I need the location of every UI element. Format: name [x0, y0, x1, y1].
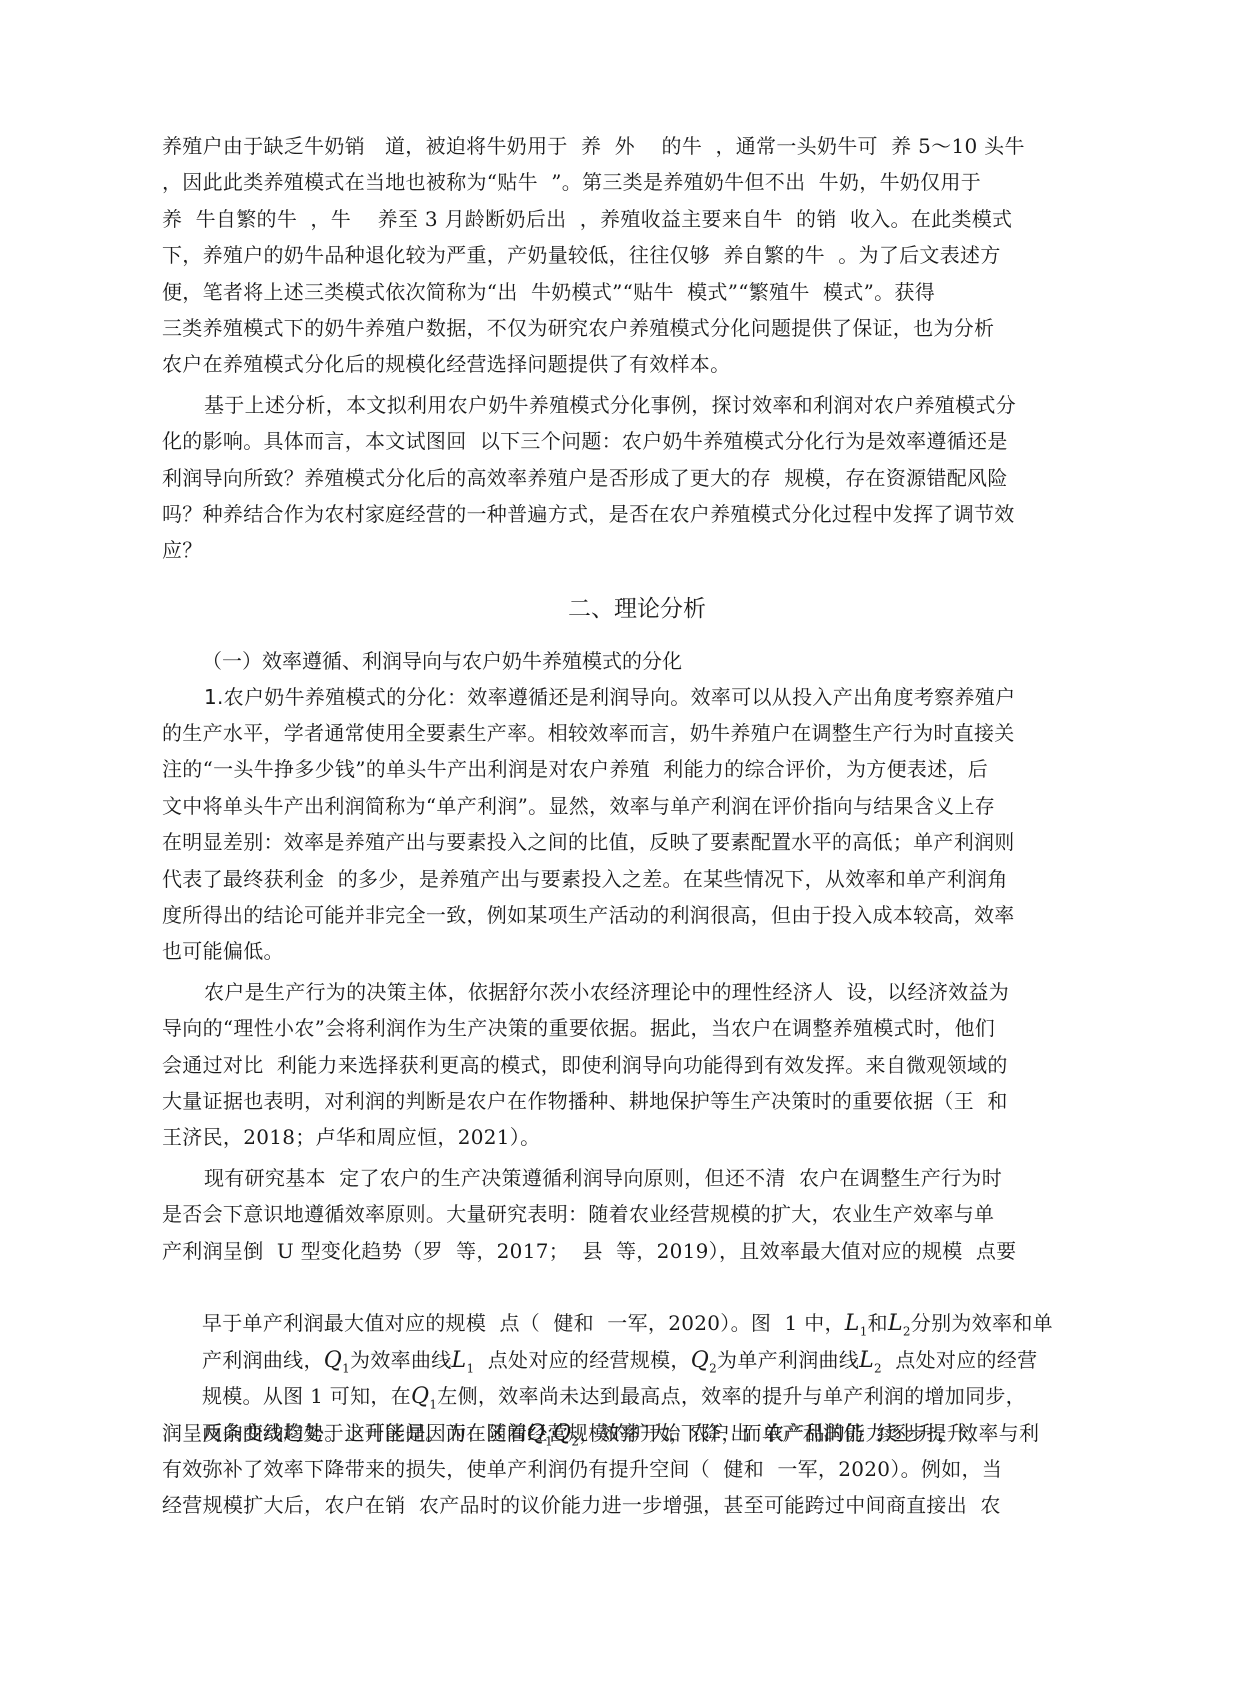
text-line: 代表了最终获利金 的多少，是养殖产出与要素投入之差。在某些情况下，从效率和单产利… [162, 861, 1082, 897]
text-line: 文中将单头牛产出利润简称为“单产利润”。显然，效率与单产利润在评价指向与结果含义… [162, 788, 1082, 824]
text-line: 下，养殖户的奶牛品种退化较为严重，产奶量较低，往往仅够 养自繁的牛 。为了后文表… [162, 237, 1082, 273]
text-line: 度所得出的结论可能并非完全一致，例如某项生产活动的利润很高，但由于投入成本较高，… [162, 897, 1082, 933]
math-Q2: Q2 [691, 1348, 717, 1373]
paragraph-breeding-modes: 养殖户由于缺乏牛奶销 道，被迫将牛奶用于 养 外 的牛 ，通常一头奶牛可 养 5… [162, 128, 1082, 383]
text-line: 导向的“理性小农”会将利润作为生产决策的重要依据。据此，当农户在调整养殖模式时，… [162, 1010, 1082, 1046]
math-L2: L2 [888, 1311, 911, 1336]
text-line: 吗？种养结合作为农村家庭经营的一种普遍方式，是否在农户养殖模式分化过程中发挥了调… [162, 496, 1082, 532]
paragraph-curves: 现有研究基本 定了农户的生产决策遵循利润导向原则，但还不清 农户在调整生产行为时… [162, 1160, 1082, 1524]
text-line: 现有研究基本 定了农户的生产决策遵循利润导向原则，但还不清 农户在调整生产行为时 [162, 1160, 1082, 1196]
text-line: 利润导向所致？养殖模式分化后的高效率养殖户是否形成了更大的存 规模，存在资源错配… [162, 460, 1082, 496]
text-line: 养殖户由于缺乏牛奶销 道，被迫将牛奶用于 养 外 的牛 ，通常一头奶牛可 养 5… [162, 128, 1082, 164]
text-line: 农户是生产行为的决策主体，依据舒尔茨小农经济理论中的理性经济人 设，以经济效益为 [162, 974, 1082, 1010]
paragraph-lead-heading: 1.农户奶牛养殖模式的分化：效率遵循还是利润导向。 [204, 685, 691, 709]
subsection-heading: （一）效率遵循、利润导向与农户奶牛养殖模式的分化 [162, 643, 1082, 679]
text-line: 是否会下意识地遵循效率原则。大量研究表明：随着农业经营规模的扩大，农业生产效率与… [162, 1196, 1082, 1232]
math-L1: L1 [845, 1311, 868, 1336]
text-line: 大量证据也表明，对利润的判断是农户在作物播种、耕地保护等生产决策时的重要依据（王… [162, 1083, 1082, 1119]
text-line: 的生产水平，学者通常使用全要素生产率。相较效率而言，奶牛养殖户在调整生产行为时直… [162, 715, 1082, 751]
text-line: 润呈反向变动趋势。这可能是因为：随着经营规模的扩大，农户出 农产品的能力逐步提升… [162, 1415, 1082, 1451]
text-line: 1.农户奶牛养殖模式的分化：效率遵循还是利润导向。效率可以从投入产出角度考察养殖… [162, 679, 1082, 715]
math-Q1: Q1 [411, 1384, 437, 1409]
math-L2: L2 [859, 1348, 882, 1373]
paragraph-efficiency-vs-profit: 1.农户奶牛养殖模式的分化：效率遵循还是利润导向。效率可以从投入产出角度考察养殖… [162, 679, 1082, 970]
document-page: 养殖户由于缺乏牛奶销 道，被迫将牛奶用于 养 外 的牛 ，通常一头奶牛可 养 5… [162, 128, 1082, 1524]
text-line: 三类养殖模式下的奶牛养殖户数据，不仅为研究农户养殖模式分化问题提供了保证，也为分… [162, 310, 1082, 346]
section-heading: 二、理论分析 [162, 587, 1082, 631]
text-line: 早于单产利润最大值对应的规模 点（ 健和 一军，2020）。图 1 中，L1和L… [162, 1269, 1082, 1305]
paragraph-rational-farmer: 农户是生产行为的决策主体，依据舒尔茨小农经济理论中的理性经济人 设，以经济效益为… [162, 974, 1082, 1156]
text-line: 注的“一头牛挣多少钱”的单头牛产出利润是对农户养殖 利能力的综合评价，为方便表述… [162, 751, 1082, 787]
math-L1: L1 [452, 1348, 475, 1373]
text-line: 养 牛自繁的牛 ，牛 养至 3 月龄断奶后出 ，养殖收益主要来自牛 的销 收入。… [162, 201, 1082, 237]
text-line: 王济民，2018；卢华和周应恒，2021）。 [162, 1119, 1082, 1155]
text-line: 化的影响。具体而言，本文试图回 以下三个问题：农户奶牛养殖模式分化行为是效率遵循… [162, 423, 1082, 459]
text-line: 经营规模扩大后，农户在销 农产品时的议价能力进一步增强，甚至可能跨过中间商直接出… [162, 1487, 1082, 1523]
text-line: 产利润呈倒 U 型变化趋势（罗 等，2017； 县 等，2019），且效率最大值… [162, 1233, 1082, 1269]
text-line: 会通过对比 利能力来选择获利更高的模式，即使利润导向功能得到有效发挥。来自微观领… [162, 1047, 1082, 1083]
text-line: ，因此此类养殖模式在当地也被称为“贴牛 ”。第三类是养殖奶牛但不出 牛奶，牛奶仅… [162, 164, 1082, 200]
text-line: 在明显差别：效率是养殖产出与要素投入之间的比值，反映了要素配置水平的高低；单产利… [162, 824, 1082, 860]
text-line: 农户在养殖模式分化后的规模化经营选择问题提供了有效样本。 [162, 346, 1082, 382]
text-line: 也可能偏低。 [162, 933, 1082, 969]
text-line: 便，笔者将上述三类模式依次简称为“出 牛奶模式”“贴牛 模式”“繁殖牛 模式”。… [162, 274, 1082, 310]
math-Q1: Q1 [324, 1348, 350, 1373]
text-line: 基于上述分析，本文拟利用农户奶牛养殖模式分化事例，探讨效率和利润对农户养殖模式分 [162, 387, 1082, 423]
text-line: 应？ [162, 532, 1082, 568]
paragraph-research-questions: 基于上述分析，本文拟利用农户奶牛养殖模式分化事例，探讨效率和利润对农户养殖模式分… [162, 387, 1082, 569]
text-line: 有效弥补了效率下降带来的损失，使单产利润仍有提升空间（ 健和 一军，2020）。… [162, 1451, 1082, 1487]
